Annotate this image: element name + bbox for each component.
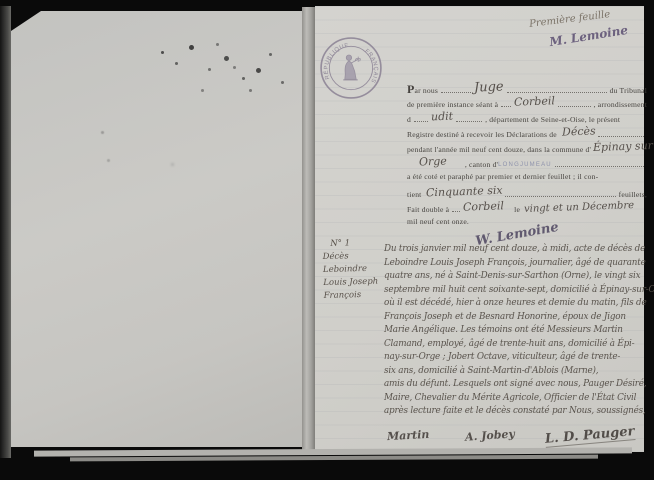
form-text: , département de Seine-et-Oise, le prése… <box>485 115 620 124</box>
handwritten-corbeil: Corbeil <box>514 94 555 108</box>
act-line: septembre mil huit cent soixante-sept, d… <box>384 284 642 298</box>
form-text: Registre destiné à recevoir les Déclarat… <box>407 130 557 139</box>
dotted-blank <box>555 158 644 167</box>
form-text: Par nous <box>407 82 438 97</box>
dotted-blank <box>598 128 644 137</box>
ink-speckles <box>161 51 164 54</box>
form-text: , arrondissement <box>594 100 647 109</box>
act-line: Clamand, employé, âgé de trente-huit ans… <box>384 338 642 352</box>
form-text: pendant l'année mil neuf cent douze, dan… <box>407 145 591 154</box>
handwritten-commune: Épinay sur <box>593 139 653 154</box>
left-blank-page <box>11 11 302 447</box>
officer-signature: L. D. Pauger <box>545 424 636 448</box>
dotted-blank <box>558 98 591 107</box>
handwritten-feuillet-count: Cinquante six <box>425 184 502 200</box>
book-spine-edge <box>0 6 11 458</box>
judge-initials-signature: M. Lemoine <box>548 23 629 49</box>
witness-signature: Martin <box>387 428 430 443</box>
form-line-8: tient Cinquante six feuillets, <box>407 187 647 202</box>
canton-rubber-stamp: LONGJUMEAU <box>498 162 552 168</box>
act-signatures-row: Martin A. Jobey L. D. Pauger <box>387 428 642 444</box>
form-line-9: Fait double à Corbeil le vingt et un Déc… <box>407 202 647 217</box>
form-line-6: Orge , canton d' LONGJUMEAU <box>407 157 647 172</box>
handwritten-date: vingt et un Décembre <box>524 200 634 215</box>
form-text: du Tribunal <box>610 86 647 95</box>
act-line: Leboindre Louis Joseph François, journal… <box>384 257 642 271</box>
act-line: après lecture faite et le décès constaté… <box>384 405 642 419</box>
seated-justice-figure <box>343 55 360 80</box>
form-text: le <box>514 205 520 214</box>
printed-form: Par nous Juge du Tribunal de première in… <box>407 82 647 232</box>
act-line: amis du défunt. Lesquels ont signé avec … <box>384 378 642 392</box>
handwritten-deces: Décès <box>562 124 596 138</box>
dotted-blank <box>507 84 607 93</box>
act-line: Marie Angélique. Les témoins ont été Mes… <box>384 324 642 338</box>
act-line: Du trois janvier mil neuf cent douze, à … <box>384 243 642 257</box>
form-text: tient <box>407 190 422 199</box>
form-text: d <box>407 115 411 124</box>
handwritten-orge: Orge <box>419 155 447 169</box>
form-text: Fait double à <box>407 205 449 214</box>
dotted-blank <box>456 113 482 122</box>
dotted-blank <box>505 188 616 197</box>
act-line: François Joseph et de Besnard Honorine, … <box>384 311 642 325</box>
form-text: a été coté et paraphé par premier et der… <box>407 172 598 181</box>
form-text: , canton d' <box>465 160 498 169</box>
dotted-blank <box>414 113 428 122</box>
form-line-3: d udit , département de Seine-et-Oise, l… <box>407 112 647 127</box>
form-text: de première instance séant à <box>407 100 498 109</box>
act-line: Maire, Chevalier du Mérite Agricole, Off… <box>384 392 642 406</box>
handwritten-corbeil-2: Corbeil <box>463 199 504 213</box>
handwritten-udit: udit <box>431 110 454 124</box>
form-text: feuillets, <box>619 190 647 199</box>
form-text: mil neuf cent onze. <box>407 217 469 226</box>
dotted-blank <box>452 203 460 212</box>
act-line: nay-sur-Orge ; Jobert Octave, viticulteu… <box>384 351 642 365</box>
witness-signature: A. Jobey <box>465 427 516 443</box>
register-scan: Première feuille M. Lemoine RÉPUBLIQUE F… <box>0 0 654 480</box>
dotted-blank <box>501 98 511 107</box>
handwritten-juge: Juge <box>474 79 504 95</box>
page-gutter <box>302 7 315 450</box>
act-line: six ans, domicilié à Saint-Martin-d'Ablo… <box>384 365 642 379</box>
republique-francaise-stamp-icon: RÉPUBLIQUE FRANÇAISE <box>318 35 384 101</box>
death-act-text: Du trois janvier mil neuf cent douze, à … <box>384 243 642 419</box>
act-line: quatre ans, né à Saint-Denis-sur-Sarthon… <box>384 270 642 284</box>
register-page: Première feuille M. Lemoine RÉPUBLIQUE F… <box>315 6 644 452</box>
act-line: où il est décédé, hier à onze heures et … <box>384 297 642 311</box>
dotted-blank <box>441 84 471 93</box>
